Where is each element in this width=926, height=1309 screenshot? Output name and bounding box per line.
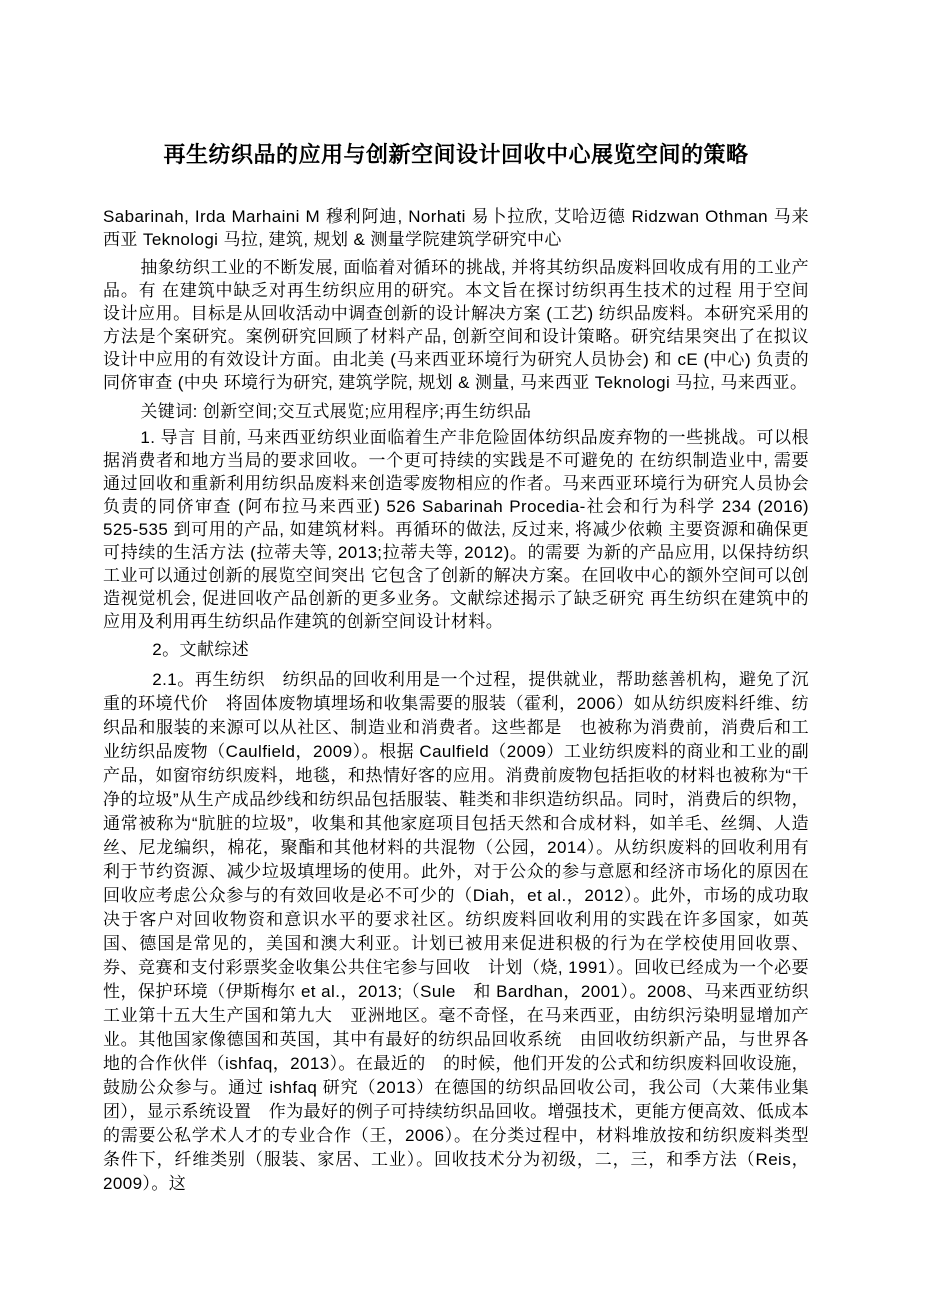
keywords-line: 关键词: 创新空间;交互式展览;应用程序;再生纺织品 <box>103 400 809 423</box>
author-affiliation-line: Sabarinah, Irda Marhaini M 穆利阿迪, Norhati… <box>103 205 809 251</box>
paper-title: 再生纺织品的应用与创新空间设计回收中心展览空间的策略 <box>103 141 809 169</box>
abstract-paragraph: 抽象纺织工业的不断发展, 面临着对循环的挑战, 并将其纺织品废料回收成有用的工业… <box>103 256 809 394</box>
introduction-section-paragraph: 1. 导言 目前, 马来西亚纺织业面临着生产非危险固体纺织品废弃物的一些挑战。可… <box>103 426 809 633</box>
document-page: 再生纺织品的应用与创新空间设计回收中心展览空间的策略 Sabarinah, Ir… <box>0 0 926 1309</box>
literature-review-heading: 2。文献综述 <box>103 638 809 661</box>
recycled-textile-subsection-paragraph: 2.1。再生纺织 纺织品的回收利用是一个过程，提供就业，帮助慈善机构，避免了沉重… <box>103 668 809 1196</box>
